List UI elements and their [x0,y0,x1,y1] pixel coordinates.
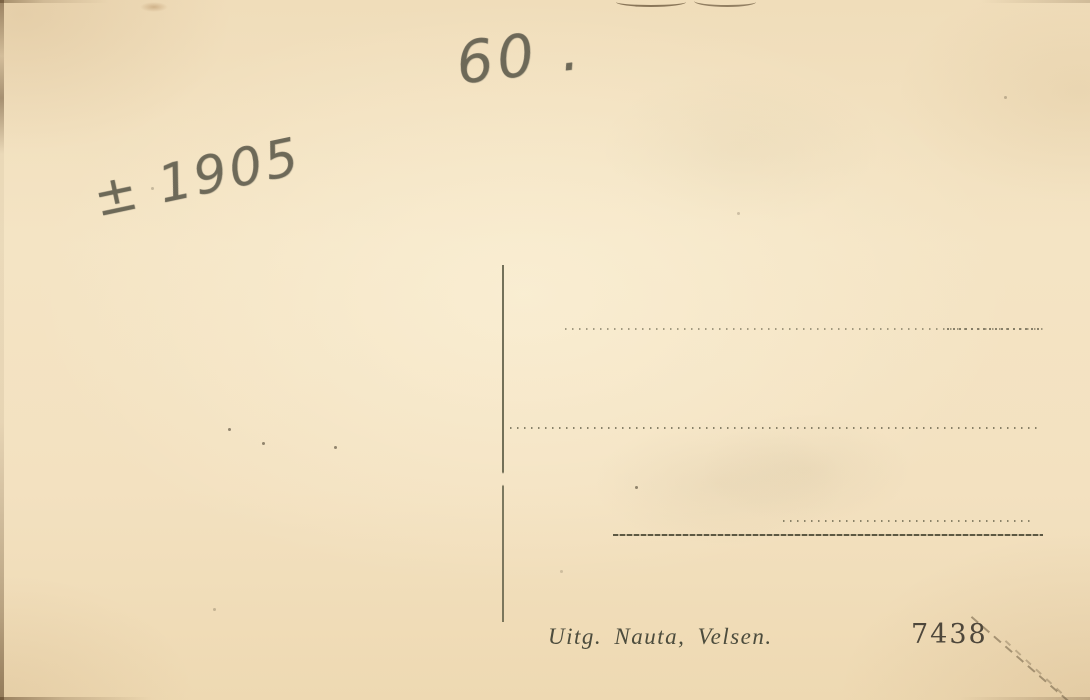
handwritten-year-note: ± 1905 [88,127,306,229]
postcard-back: 60 . ± 1905 Uitg. Nauta, Velsen. 7438 [0,0,1090,700]
address-line-3-lower [613,534,1043,536]
publisher-imprint: Uitg. Nauta, Velsen. [548,624,773,650]
paper-speck [560,570,563,573]
paper-speck [228,428,231,431]
address-line-1 [565,328,1043,330]
scratch-mark [1005,640,1065,696]
paper-stain [140,2,168,12]
handwritten-note-top: 60 . [452,15,586,98]
address-line-3-upper [783,520,1034,522]
paper-speck [262,442,265,445]
address-line-2 [510,427,1041,429]
paper-edge-left [0,0,4,700]
paper-speck [151,187,154,190]
serial-number: 7438 [911,619,988,650]
paper-speck [213,608,216,611]
paper-speck [334,446,337,449]
paper-speck [635,486,638,489]
paper-speck [737,212,740,215]
paper-edge-tear-mark [616,0,686,7]
paper-edge-tear-mark [694,0,756,7]
divider-line [502,265,504,622]
paper-speck [1004,96,1007,99]
